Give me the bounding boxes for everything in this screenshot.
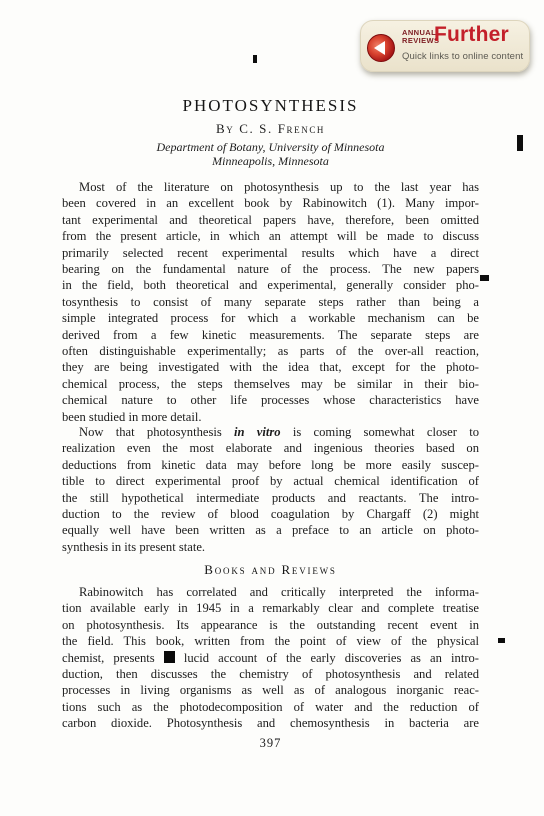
- scan-artifact-right-dash-lower: [498, 638, 505, 643]
- affiliation-line-1: Department of Botany, University of Minn…: [62, 140, 479, 154]
- text-line: derived from a few kinetic measurements.…: [62, 327, 479, 343]
- text-line: bearing on the fundamental nature of the…: [62, 261, 479, 277]
- text-line: duction, then discusses the chemistry of…: [62, 666, 479, 682]
- text-line: on photosynthesis. Its appearance is the…: [62, 617, 479, 633]
- paragraph-2: Now that photosynthesis in vitro is comi…: [62, 424, 479, 555]
- text-line: duction to the review of blood coagulati…: [62, 506, 479, 522]
- text-line: the still hypothetical intermediate prod…: [62, 490, 479, 506]
- article-byline: By C. S. French: [62, 121, 479, 137]
- scan-artifact-right-dash-upper: [480, 275, 489, 281]
- text-line: synthesis in its present state.: [62, 539, 479, 555]
- badge-tagline: Quick links to online content: [402, 51, 523, 62]
- text-line: in the field, both theoretical and exper…: [62, 277, 479, 293]
- text-line: tions such as the photodecomposition of …: [62, 699, 479, 715]
- text-line: Rabinowitch has correlated and criticall…: [62, 584, 479, 600]
- text-line: tosynthesis to consist of many separate …: [62, 294, 479, 310]
- further-wordmark: Further: [434, 23, 509, 47]
- left-triangle-glyph: [374, 41, 385, 55]
- text-line: processes in living organisms as well as…: [62, 682, 479, 698]
- text-line: carbon dioxide. Photosynthesis and chemo…: [62, 715, 479, 731]
- text-line: tible to direct experimental proof by ac…: [62, 473, 479, 489]
- text-line: Most of the literature on photosynthesis…: [62, 179, 479, 195]
- affiliation-line-2: Minneapolis, Minnesota: [62, 154, 479, 168]
- text-line: Now that photosynthesis in vitro is comi…: [62, 424, 479, 440]
- text-line: been covered in an excellent book by Rab…: [62, 195, 479, 211]
- text-line: the field. This book, written from the p…: [62, 633, 479, 649]
- scan-artifact-top-tick: [253, 55, 257, 63]
- ink-blot: [164, 651, 175, 663]
- text-line: equally well have been written as a pref…: [62, 522, 479, 538]
- text-line: tant experimental and theoretical papers…: [62, 212, 479, 228]
- text-line: from the present article, in which an at…: [62, 228, 479, 244]
- text-line: chemist, presents lucid account of the e…: [62, 650, 479, 666]
- text-line: simple integrated process for which a wo…: [62, 310, 479, 326]
- text-line: often distinguishable experimentally; as…: [62, 343, 479, 359]
- section-heading: Books and Reviews: [62, 562, 479, 578]
- text-line: been studied in more detail.: [62, 409, 479, 425]
- article-title: PHOTOSYNTHESIS: [62, 96, 479, 116]
- text-line: they are being investigated with the ide…: [62, 359, 479, 375]
- back-arrow-icon[interactable]: [367, 34, 395, 62]
- scan-artifact-right-bar: [517, 135, 523, 151]
- page-number: 397: [62, 736, 479, 751]
- text-line: primarily selected recent experimental r…: [62, 245, 479, 261]
- text-line: tion available early in 1945 in a remark…: [62, 600, 479, 616]
- text-line: chemical process, the steps themselves m…: [62, 376, 479, 392]
- scanned-article-page: ANNUAL REVIEWS Further Quick links to on…: [0, 0, 544, 816]
- text-line: realization even the most elaborate and …: [62, 440, 479, 456]
- annual-reviews-further-badge[interactable]: ANNUAL REVIEWS Further Quick links to on…: [360, 20, 530, 72]
- text-line: chemical nature to other life processes …: [62, 392, 479, 408]
- paragraph-1: Most of the literature on photosynthesis…: [62, 179, 479, 425]
- paragraph-3: Rabinowitch has correlated and criticall…: [62, 584, 479, 732]
- text-line: deductions from kinetic data may before …: [62, 457, 479, 473]
